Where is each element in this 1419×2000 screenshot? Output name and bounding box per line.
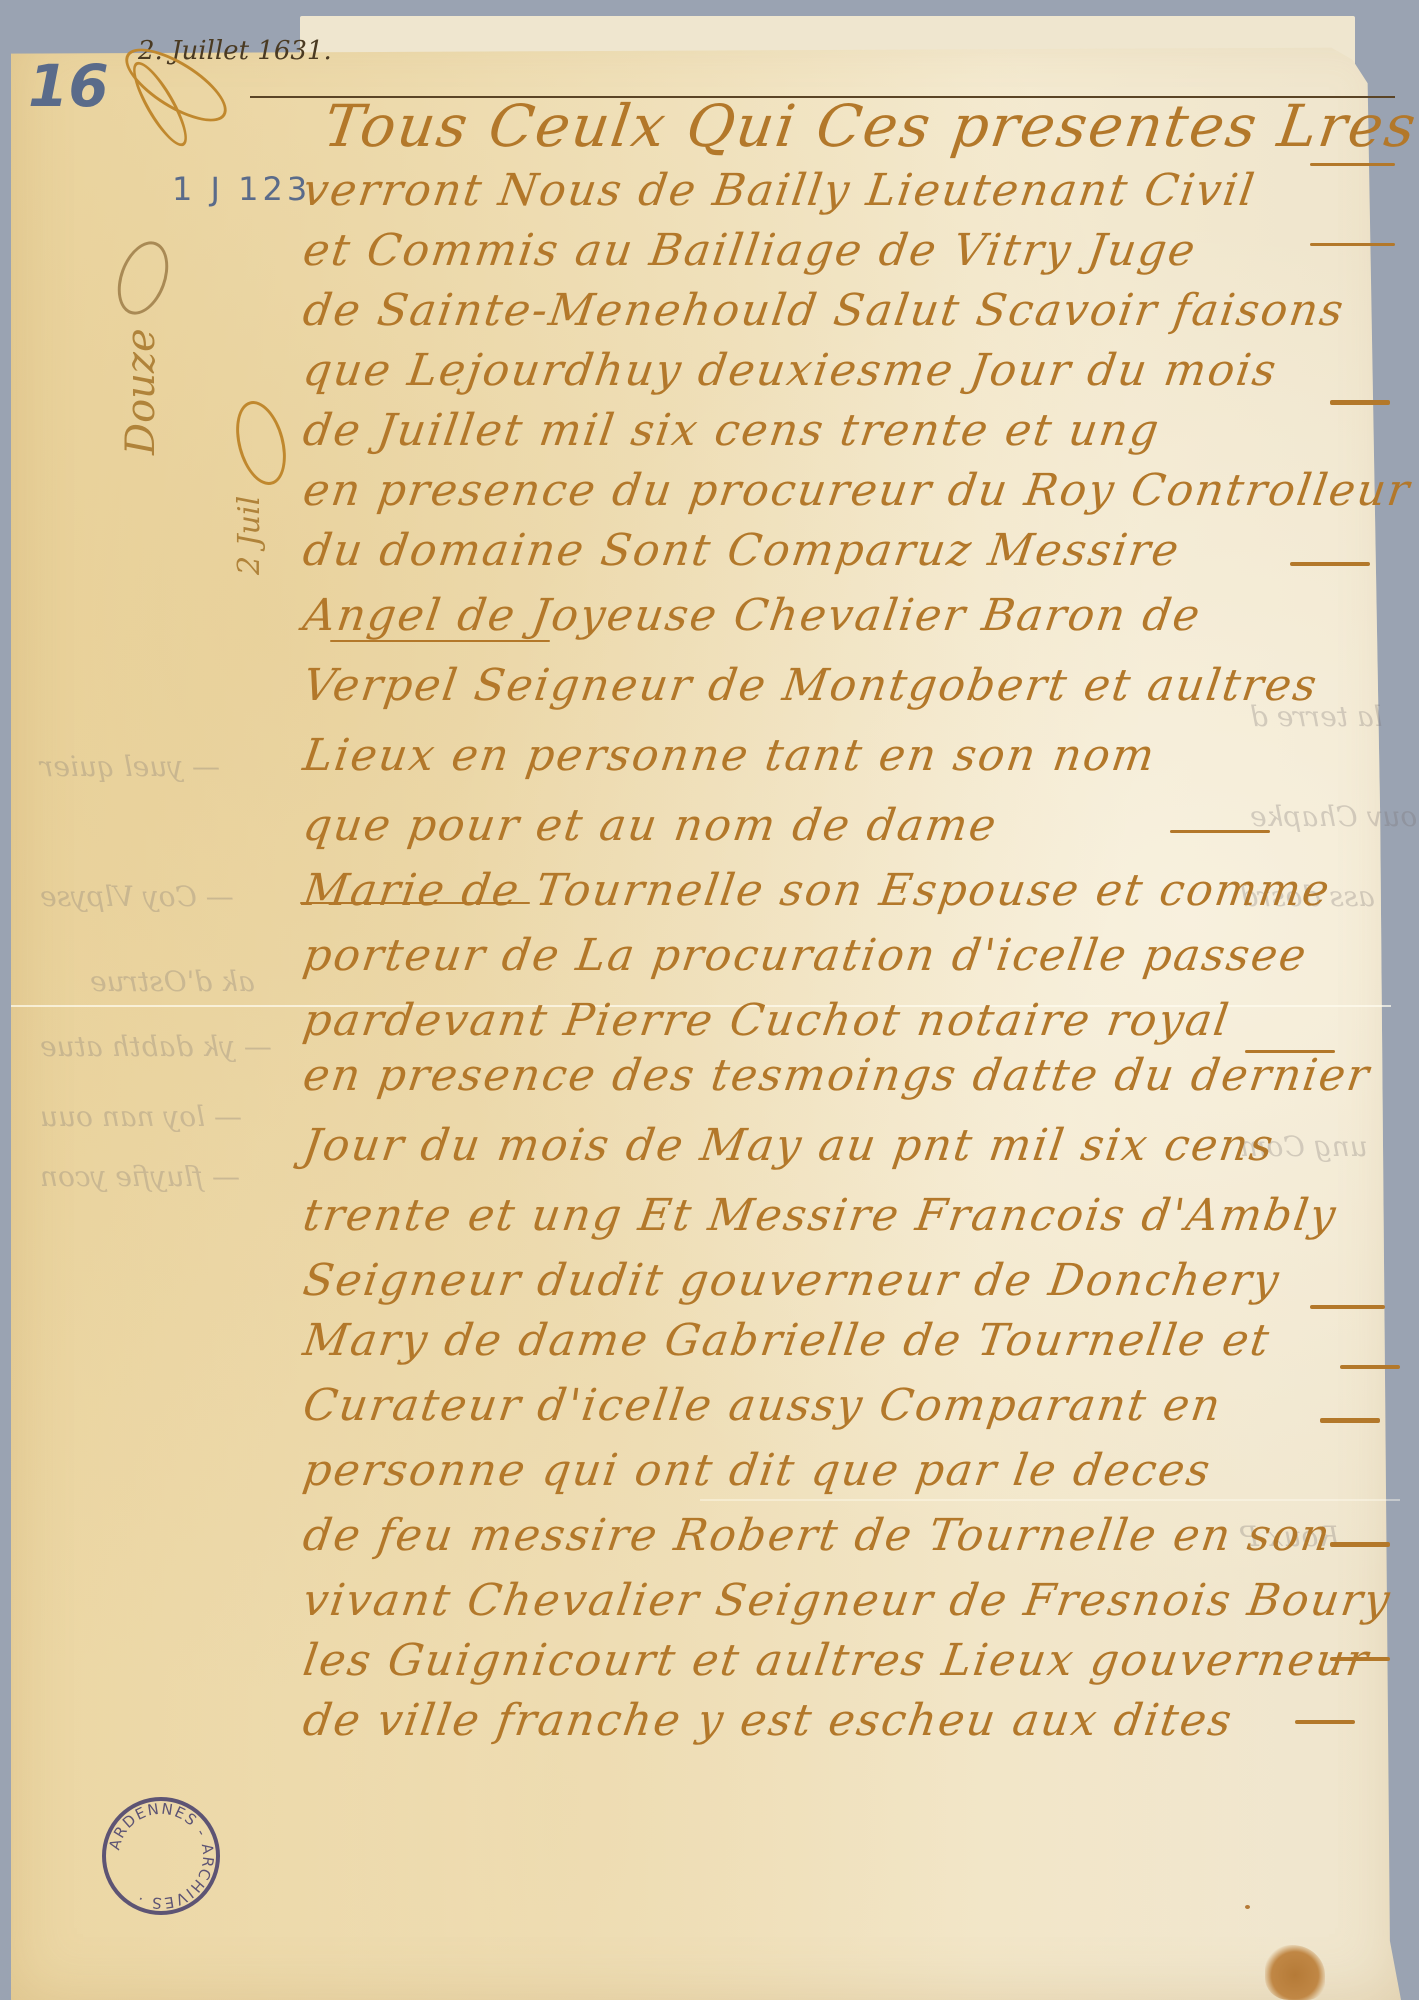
manuscript-line: de ville franche y est escheu aux dites (300, 1695, 1236, 1746)
manuscript-line: vivant Chevalier Seigneur de Fresnois Bo… (300, 1575, 1395, 1626)
manuscript-line: personne qui ont dit que par le deces (300, 1445, 1215, 1496)
bleed-through-text: — fluyfie ycon (40, 1160, 240, 1193)
name-underline (330, 640, 550, 642)
manuscript-line: pardevant Pierre Cuchot notaire royal (300, 995, 1233, 1046)
manuscript-line: trente et ung Et Messire Francois d'Ambl… (300, 1190, 1340, 1241)
manuscript-line: Angel de Joyeuse Chevalier Baron de (300, 590, 1205, 641)
manuscript-line: en presence des tesmoings datte du derni… (300, 1050, 1374, 1101)
margin-annotation: Douze (118, 328, 164, 455)
bleed-through-text: — Coy Vlpyse (40, 880, 234, 913)
manuscript-line: que Lejourdhuy deuxiesme Jour du mois (300, 345, 1281, 396)
stamp-ring-icon: ARDENNES - ARCHIVES · (102, 1797, 220, 1915)
bleed-through-text: ak d'Ostrue (90, 965, 255, 998)
manuscript-line: Tous Ceulx Qui Ces presentes Lres (320, 92, 1419, 160)
manuscript-line: Jour du mois de May au pnt mil six cens (300, 1120, 1278, 1171)
manuscript-line: Mary de dame Gabrielle de Tournelle et (300, 1315, 1274, 1366)
bleed-through-text: — yuel quier (40, 750, 220, 783)
line-filler-stroke (1290, 562, 1370, 566)
line-filler-stroke (1330, 1657, 1390, 1661)
manuscript-line: les Guignicourt et aultres Lieux gouvern… (300, 1635, 1373, 1686)
manuscript-line: Verpel Seigneur de Montgobert et aultres (300, 660, 1321, 711)
line-filler-stroke (1340, 1365, 1400, 1369)
manuscript-line: verront Nous de Bailly Lieutenant Civil (300, 165, 1259, 216)
manuscript-line: de feu messire Robert de Tournelle en so… (300, 1510, 1335, 1561)
bleed-through-text: — loy nan ouu (40, 1100, 242, 1133)
shelf-mark: 1 J 123 (172, 170, 311, 208)
manuscript-line: que pour et au nom de dame (300, 800, 1001, 851)
name-underline (300, 902, 530, 904)
bleed-through-text: — yk dabth atue (40, 1030, 272, 1063)
manuscript-line: Marie de Tournelle son Espouse et comme (300, 865, 1334, 916)
line-filler-stroke (1170, 830, 1270, 833)
document-viewer: — yuel quier — Coy Vlpyse ak d'Ostrue — … (0, 0, 1419, 2000)
manuscript-line: et Commis au Bailliage de Vitry Juge (300, 225, 1200, 276)
manuscript-line: du domaine Sont Comparuz Messire (300, 525, 1184, 576)
manuscript-line: de Sainte-Menehould Salut Scavoir faison… (300, 285, 1348, 336)
line-filler-stroke (1295, 1720, 1355, 1724)
line-filler-stroke (1310, 1305, 1385, 1309)
archive-stamp: ARDENNES - ARCHIVES · (102, 1797, 220, 1915)
bleed-through-text: ouv Chapke (1250, 800, 1417, 833)
line-filler-stroke (1330, 400, 1390, 405)
line-filler-stroke (1310, 243, 1395, 246)
margin-annotation: 2 Juil (232, 496, 267, 575)
manuscript-line: en presence du procureur du Roy Controll… (300, 465, 1414, 516)
svg-text:ARDENNES - ARCHIVES ·: ARDENNES - ARCHIVES · (105, 1800, 217, 1913)
manuscript-line: Lieux en personne tant en son nom (300, 730, 1159, 781)
line-filler-stroke (1320, 1418, 1380, 1423)
manuscript-line: porteur de La procuration d'icelle passe… (300, 930, 1311, 981)
ink-speck (1245, 1905, 1250, 1909)
line-filler-stroke (1330, 1542, 1390, 1547)
manuscript-line: Seigneur dudit gouverneur de Donchery (300, 1255, 1284, 1306)
fold-crease (700, 1499, 1400, 1501)
line-filler-stroke (1245, 1050, 1335, 1053)
manuscript-line: de Juillet mil six cens trente et ung (300, 405, 1164, 456)
archival-number: 16 (28, 52, 109, 120)
manuscript-line: Curateur d'icelle aussy Comparant en (300, 1380, 1225, 1431)
line-filler-stroke (1310, 163, 1395, 166)
